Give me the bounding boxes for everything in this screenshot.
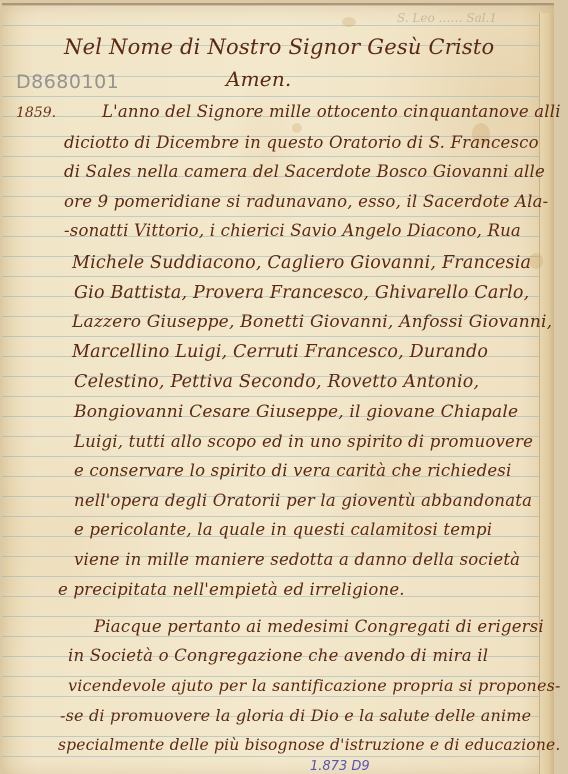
text-line: Marcellino Luigi, Cerruti Francesco, Dur…: [72, 342, 488, 362]
text-line: viene in mille maniere sedotta a danno d…: [74, 550, 520, 569]
top-pencil-note: S. Leo …… Sal.1: [397, 11, 497, 25]
paper-stain: [292, 123, 302, 133]
page-edge: [539, 13, 554, 774]
paper-stain: [342, 17, 356, 27]
text-line: diciotto di Dicembre in questo Oratorio …: [64, 133, 539, 152]
text-line: e precipitata nell'empietà ed irreligion…: [58, 580, 405, 599]
heading-amen: Amen.: [226, 67, 291, 91]
text-line: vicendevole ajuto per la santificazione …: [68, 676, 561, 695]
text-line: Piacque pertanto ai medesimi Congregati …: [94, 617, 544, 636]
text-line: Celestino, Pettiva Secondo, Rovetto Anto…: [74, 372, 479, 392]
text-line: specialmente delle più bisognose d'istru…: [58, 736, 561, 754]
text-line: -se di promuovere la gloria di Dio e la …: [60, 706, 531, 725]
text-line: nell'opera degli Oratorii per la giovent…: [74, 491, 532, 510]
text-line: -sonatti Vittorio, i chierici Savio Ange…: [64, 221, 521, 240]
text-line: Luigi, tutti allo scopo ed in uno spirit…: [74, 432, 533, 451]
text-line: di Sales nella camera del Sacerdote Bosc…: [64, 162, 545, 181]
catalog-stamp: D8680101: [16, 71, 119, 93]
text-line: Lazzero Giuseppe, Bonetti Giovanni, Anfo…: [72, 312, 552, 332]
margin-year: 1859.: [16, 105, 56, 121]
text-line: Bongiovanni Cesare Giuseppe, il giovane …: [74, 402, 518, 422]
text-line: e pericolante, la quale in questi calami…: [74, 520, 492, 539]
archive-number: 1.873 D9: [310, 759, 370, 774]
manuscript-page: S. Leo …… Sal.1 Nel Nome di Nostro Signo…: [2, 3, 554, 774]
text-line: e conservare lo spirito di vera carità c…: [74, 461, 511, 480]
text-line: Gio Battista, Provera Francesco, Ghivare…: [74, 283, 529, 303]
text-line: Michele Suddiacono, Cagliero Giovanni, F…: [72, 253, 531, 273]
text-line: L'anno del Signore mille ottocento cinqu…: [102, 102, 561, 121]
text-line: in Società o Congregazione che avendo di…: [68, 646, 488, 665]
heading-title: Nel Nome di Nostro Signor Gesù Cristo: [64, 35, 494, 59]
text-line: ore 9 pomeridiane si radunavano, esso, i…: [64, 192, 548, 211]
